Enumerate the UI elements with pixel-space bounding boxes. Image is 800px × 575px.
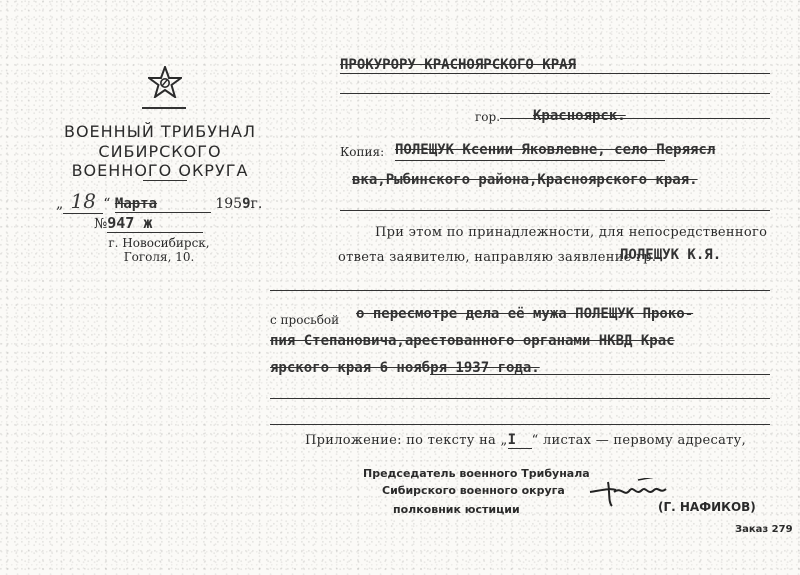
copy-underline (395, 160, 665, 161)
copy-label: Копия: (340, 145, 384, 159)
registration-number: №947 ж (94, 214, 203, 233)
date-open-quote: „ (56, 196, 63, 212)
date-year-prefix: 195 (215, 196, 242, 212)
signer-name: (Г. НАФИКОВ) (658, 500, 756, 514)
document-date: „18“ Марта 1959г. (56, 189, 276, 214)
org-name-line2: СИБИРСКОГО (40, 142, 280, 161)
address-line2: Гоголя, 10. (84, 250, 234, 264)
signer-title-line3: полковник юстиции (393, 503, 520, 516)
request-line2: пия Степановича,арестованного органами Н… (270, 333, 675, 349)
org-name-line1: ВОЕННЫЙ ТРИБУНАЛ (40, 122, 280, 141)
address-line1: г. Новосибирск, (84, 236, 234, 250)
signer-title-line1: Председатель военного Трибунала (363, 467, 590, 480)
copy-rule (340, 210, 770, 211)
attachment-line: Приложение: по тексту на „I“ листах — пе… (305, 432, 746, 449)
attachment-open-quote: „ (501, 433, 508, 448)
request-label: с просьбой (270, 313, 339, 327)
recipient: ПРОКУРОРУ КРАСНОЯРСКОГО КРАЯ (340, 57, 576, 73)
reg-prefix: № (94, 216, 107, 232)
request-line1: о пересмотре дела её мужа ПОЛЕЩУК Проко- (356, 306, 693, 322)
reg-number: 947 ж (107, 214, 203, 233)
blank-rule-1 (270, 398, 770, 399)
org-divider (143, 180, 187, 181)
attachment-prefix: Приложение: по тексту на (305, 433, 496, 448)
date-day: 18 (71, 189, 96, 213)
copy-line1: ПОЛЕЩУК Ксении Яковлевне, село Перяясл (395, 142, 715, 158)
city-value: Красноярск. (533, 108, 626, 124)
body-rule (270, 290, 770, 291)
attachment-sheets: I (508, 432, 532, 449)
date-year-suffix: 9 (242, 196, 250, 212)
soviet-star-hammer-sickle-icon (148, 66, 182, 98)
date-day-field: 18 (63, 189, 103, 214)
org-name-line3: ВОЕННОГО ОКРУГА (40, 161, 280, 180)
body-line1: При этом по принадлежности, для непосред… (375, 225, 767, 240)
date-close-quote: “ (103, 196, 110, 212)
request-rule (430, 374, 770, 375)
body-line2: ответа заявителю, направляю заявление гр… (338, 250, 656, 265)
copy-line2: вка,Рыбинского района,Красноярского края… (352, 172, 698, 188)
date-month: Марта (115, 196, 211, 213)
recipient-rule (340, 73, 770, 74)
applicant-name: ПОЛЕЩУК К.Я. (620, 247, 721, 263)
blank-rule-2 (270, 424, 770, 425)
print-order-number: Заказ 279 (735, 524, 793, 535)
recipient-rule-2 (340, 93, 770, 94)
sender-address: г. Новосибирск, Гоголя, 10. (84, 236, 234, 264)
attachment-suffix: листах — первому адресату, (543, 433, 746, 448)
city-label: гор. (475, 110, 500, 124)
emblem-divider (142, 107, 186, 109)
signer-title-line2: Сибирского военного округа (382, 484, 565, 497)
date-year-unit: г. (251, 196, 263, 212)
attachment-close-quote: “ (532, 433, 539, 448)
